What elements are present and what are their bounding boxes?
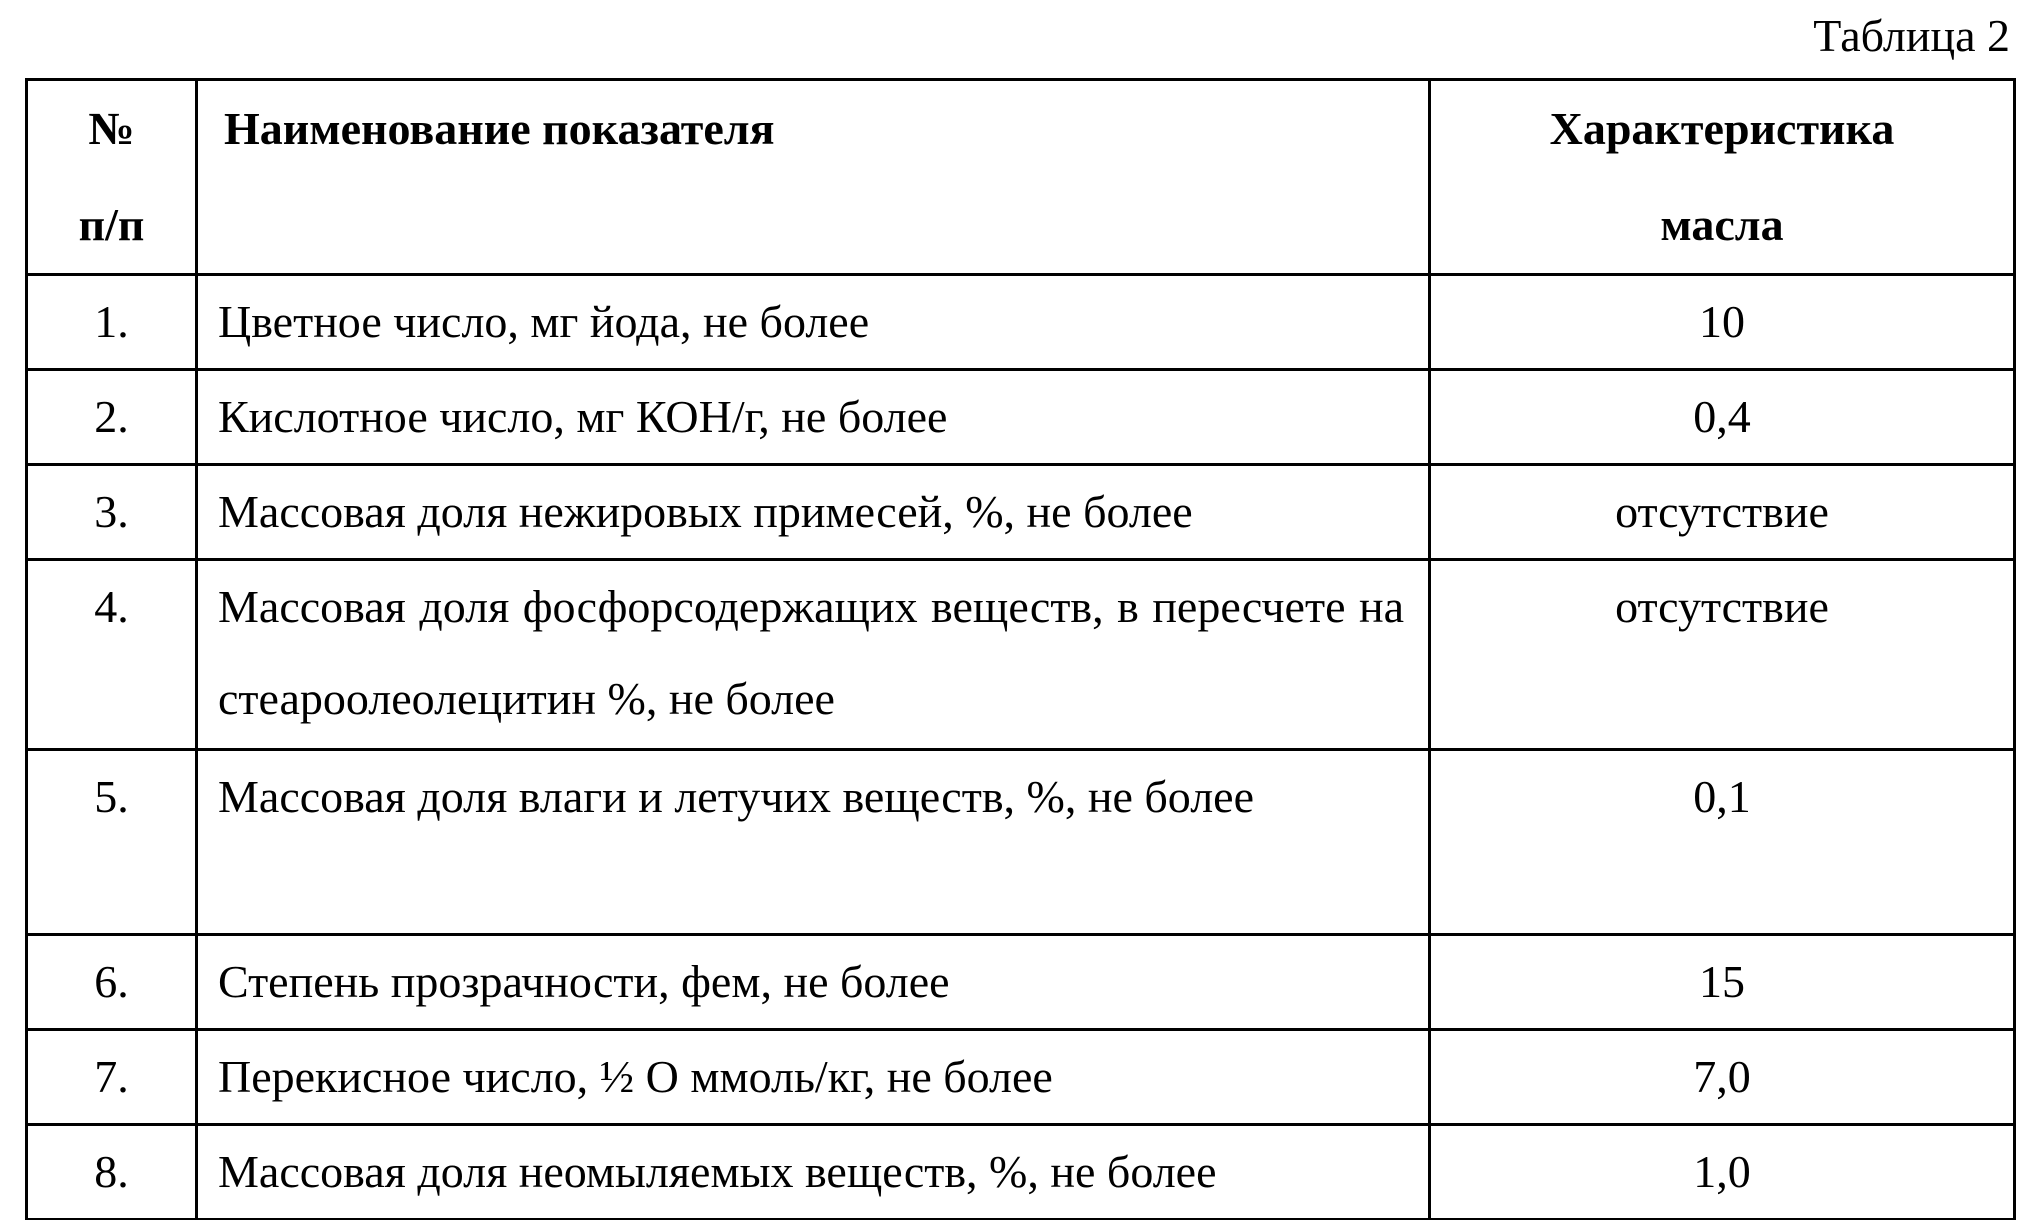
header-number-line-1: № [28,81,195,177]
table-row: 6. Степень прозрачности, фем, не более 1… [27,935,2015,1030]
header-number: № п/п [27,80,197,275]
row-value: 1,0 [1430,1125,2015,1220]
row-value: 15 [1430,935,2015,1030]
row-indicator: Массовая доля фосфорсодержащих веществ, … [197,560,1430,750]
table-row: 3. Массовая доля нежировых примесей, %, … [27,465,2015,560]
table-row: 1. Цветное число, мг йода, не более 10 [27,275,2015,370]
row-number: 4. [27,560,197,750]
header-oil-characteristic: Характеристика масла [1430,80,2015,275]
row-number: 1. [27,275,197,370]
row-number: 2. [27,370,197,465]
table-header-row: № п/п Наименование показателя Характерис… [27,80,2015,275]
row-value: отсутствие [1430,560,2015,750]
row-number: 5. [27,750,197,935]
row-value: 0,1 [1430,750,2015,935]
header-number-line-2: п/п [28,177,195,273]
row-value: 10 [1430,275,2015,370]
row-indicator: Массовая доля влаги и летучих веществ, %… [197,750,1430,935]
row-indicator: Массовая доля нежировых примесей, %, не … [197,465,1430,560]
row-number: 7. [27,1030,197,1125]
row-value: 0,4 [1430,370,2015,465]
row-indicator: Степень прозрачности, фем, не более [197,935,1430,1030]
row-value: 7,0 [1430,1030,2015,1125]
header-value-line-1: Характеристика [1431,81,2013,177]
row-indicator: Кислотное число, мг КОН/г, не более [197,370,1430,465]
row-number: 8. [27,1125,197,1220]
table-row: 8. Массовая доля неомыляемых веществ, %,… [27,1125,2015,1220]
oil-characteristics-table: № п/п Наименование показателя Характерис… [25,78,2016,1220]
table-row: 4. Массовая доля фосфорсодержащих вещест… [27,560,2015,750]
table-caption: Таблица 2 [1813,8,2010,64]
header-indicator-name: Наименование показателя [197,80,1430,275]
table-row: 2. Кислотное число, мг КОН/г, не более 0… [27,370,2015,465]
row-value: отсутствие [1430,465,2015,560]
row-number: 6. [27,935,197,1030]
row-indicator: Цветное число, мг йода, не более [197,275,1430,370]
table-row: 5. Массовая доля влаги и летучих веществ… [27,750,2015,935]
row-indicator: Перекисное число, ½ О ммоль/кг, не более [197,1030,1430,1125]
header-value-line-2: масла [1431,177,2013,273]
table-row: 7. Перекисное число, ½ О ммоль/кг, не бо… [27,1030,2015,1125]
row-number: 3. [27,465,197,560]
row-indicator: Массовая доля неомыляемых веществ, %, не… [197,1125,1430,1220]
